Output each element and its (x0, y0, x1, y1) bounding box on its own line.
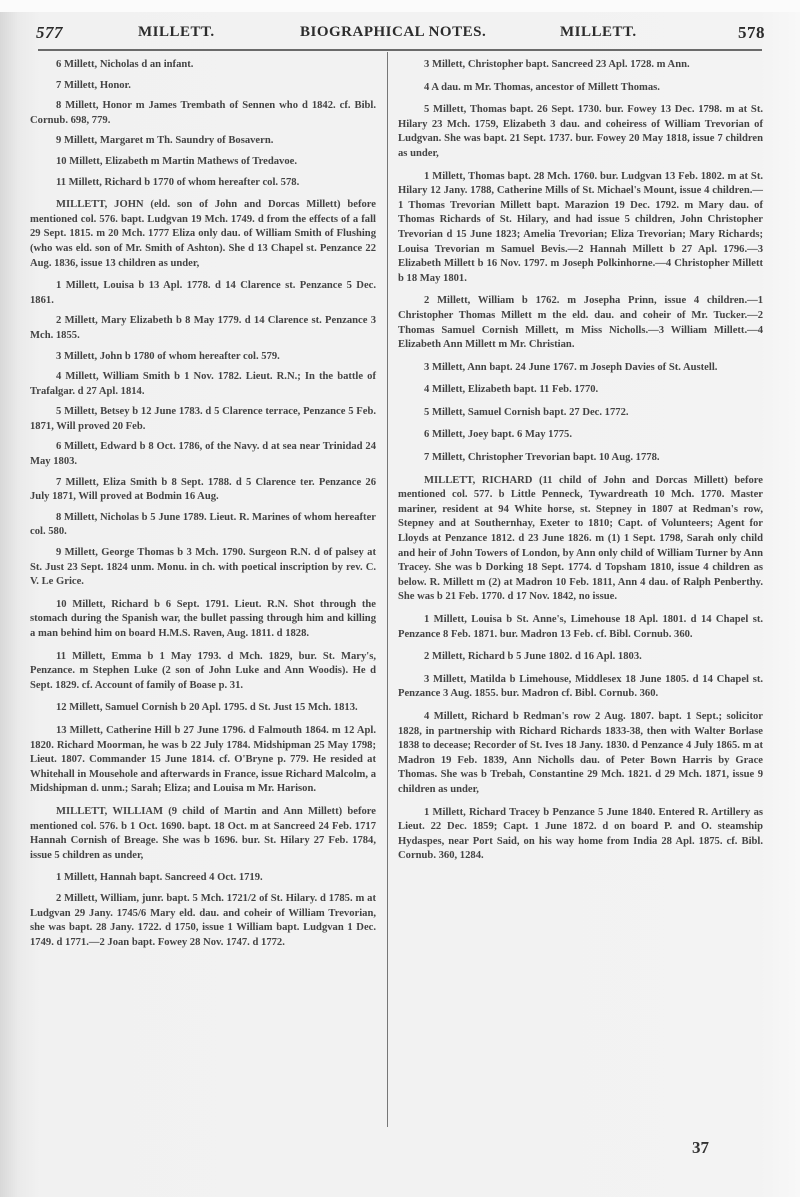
entry: 5 Millett, Samuel Cornish bapt. 27 Dec. … (398, 406, 763, 421)
entry: 10 Millett, Richard b 6 Sept. 1791. Lieu… (30, 598, 376, 642)
entry: 9 Millett, Margaret m Th. Saundry of Bos… (30, 134, 376, 149)
entry: 13 Millett, Catherine Hill b 27 June 179… (30, 724, 376, 797)
running-head-right: MILLETT. (560, 24, 637, 41)
entry: 9 Millett, George Thomas b 3 Mch. 1790. … (30, 546, 376, 590)
page-header: 577 MILLETT. BIOGRAPHICAL NOTES. MILLETT… (30, 14, 765, 44)
right-column: 3 Millett, Christopher bapt. Sancreed 23… (398, 58, 763, 872)
entry: 8 Millett, Nicholas b 5 June 1789. Lieut… (30, 511, 376, 540)
entry: 3 Millett, Ann bapt. 24 June 1767. m Jos… (398, 361, 763, 376)
entry: 3 Millett, John b 1780 of whom hereafter… (30, 350, 376, 365)
entry-heading-richard: MILLETT, RICHARD (11 child of John and D… (398, 474, 763, 605)
entry: 1 Millett, Richard Tracey b Penzance 5 J… (398, 806, 763, 864)
signature-number: 37 (692, 1138, 709, 1158)
entry-heading-william: MILLETT, WILLIAM (9 child of Martin and … (30, 805, 376, 863)
entry: 7 Millett, Eliza Smith b 8 Sept. 1788. d… (30, 476, 376, 505)
entry: 4 Millett, Elizabeth bapt. 11 Feb. 1770. (398, 383, 763, 398)
entry: 8 Millett, Honor m James Trembath of Sen… (30, 99, 376, 128)
entry: 11 Millett, Richard b 1770 of whom herea… (30, 176, 376, 191)
entry: 4 Millett, William Smith b 1 Nov. 1782. … (30, 370, 376, 399)
running-head-center: BIOGRAPHICAL NOTES. (300, 24, 486, 41)
entry: 10 Millett, Elizabeth m Martin Mathews o… (30, 155, 376, 170)
entry-heading-john: MILLETT, JOHN (eld. son of John and Dorc… (30, 198, 376, 271)
entry: 7 Millett, Honor. (30, 79, 376, 94)
entry: 3 Millett, Christopher bapt. Sancreed 23… (398, 58, 763, 73)
entry: 2 Millett, William b 1762. m Josepha Pri… (398, 294, 763, 352)
entry: 2 Millett, Mary Elizabeth b 8 May 1779. … (30, 314, 376, 343)
entry: 1 Millett, Louisa b St. Anne's, Limehous… (398, 613, 763, 642)
entry: 2 Millett, William, junr. bapt. 5 Mch. 1… (30, 892, 376, 950)
column-divider (387, 52, 388, 1127)
running-head-left: MILLETT. (138, 24, 215, 41)
entry: 7 Millett, Christopher Trevorian bapt. 1… (398, 451, 763, 466)
entry: 2 Millett, Richard b 5 June 1802. d 16 A… (398, 650, 763, 665)
entry: 6 Millett, Edward b 8 Oct. 1786, of the … (30, 440, 376, 469)
header-rule (38, 49, 762, 51)
scan-top-margin (0, 0, 800, 12)
entry: 5 Millett, Betsey b 12 June 1783. d 5 Cl… (30, 405, 376, 434)
entry: 11 Millett, Emma b 1 May 1793. d Mch. 18… (30, 650, 376, 694)
entry: 3 Millett, Matilda b Limehouse, Middlese… (398, 673, 763, 702)
entry: 1 Millett, Thomas bapt. 28 Mch. 1760. bu… (398, 170, 763, 287)
entry: 1 Millett, Louisa b 13 Apl. 1778. d 14 C… (30, 279, 376, 308)
left-column: 6 Millett, Nicholas d an infant. 7 Mille… (30, 58, 376, 958)
entry: 5 Millett, Thomas bapt. 26 Sept. 1730. b… (398, 103, 763, 161)
entry: 6 Millett, Nicholas d an infant. (30, 58, 376, 73)
page-number-left: 577 (36, 23, 63, 43)
page-number-right: 578 (738, 23, 765, 43)
entry: 4 Millett, Richard b Redman's row 2 Aug.… (398, 710, 763, 798)
entry: 6 Millett, Joey bapt. 6 May 1775. (398, 428, 763, 443)
entry: 12 Millett, Samuel Cornish b 20 Apl. 179… (30, 701, 376, 716)
entry: 1 Millett, Hannah bapt. Sancreed 4 Oct. … (30, 871, 376, 886)
entry: 4 A dau. m Mr. Thomas, ancestor of Mille… (398, 81, 763, 96)
